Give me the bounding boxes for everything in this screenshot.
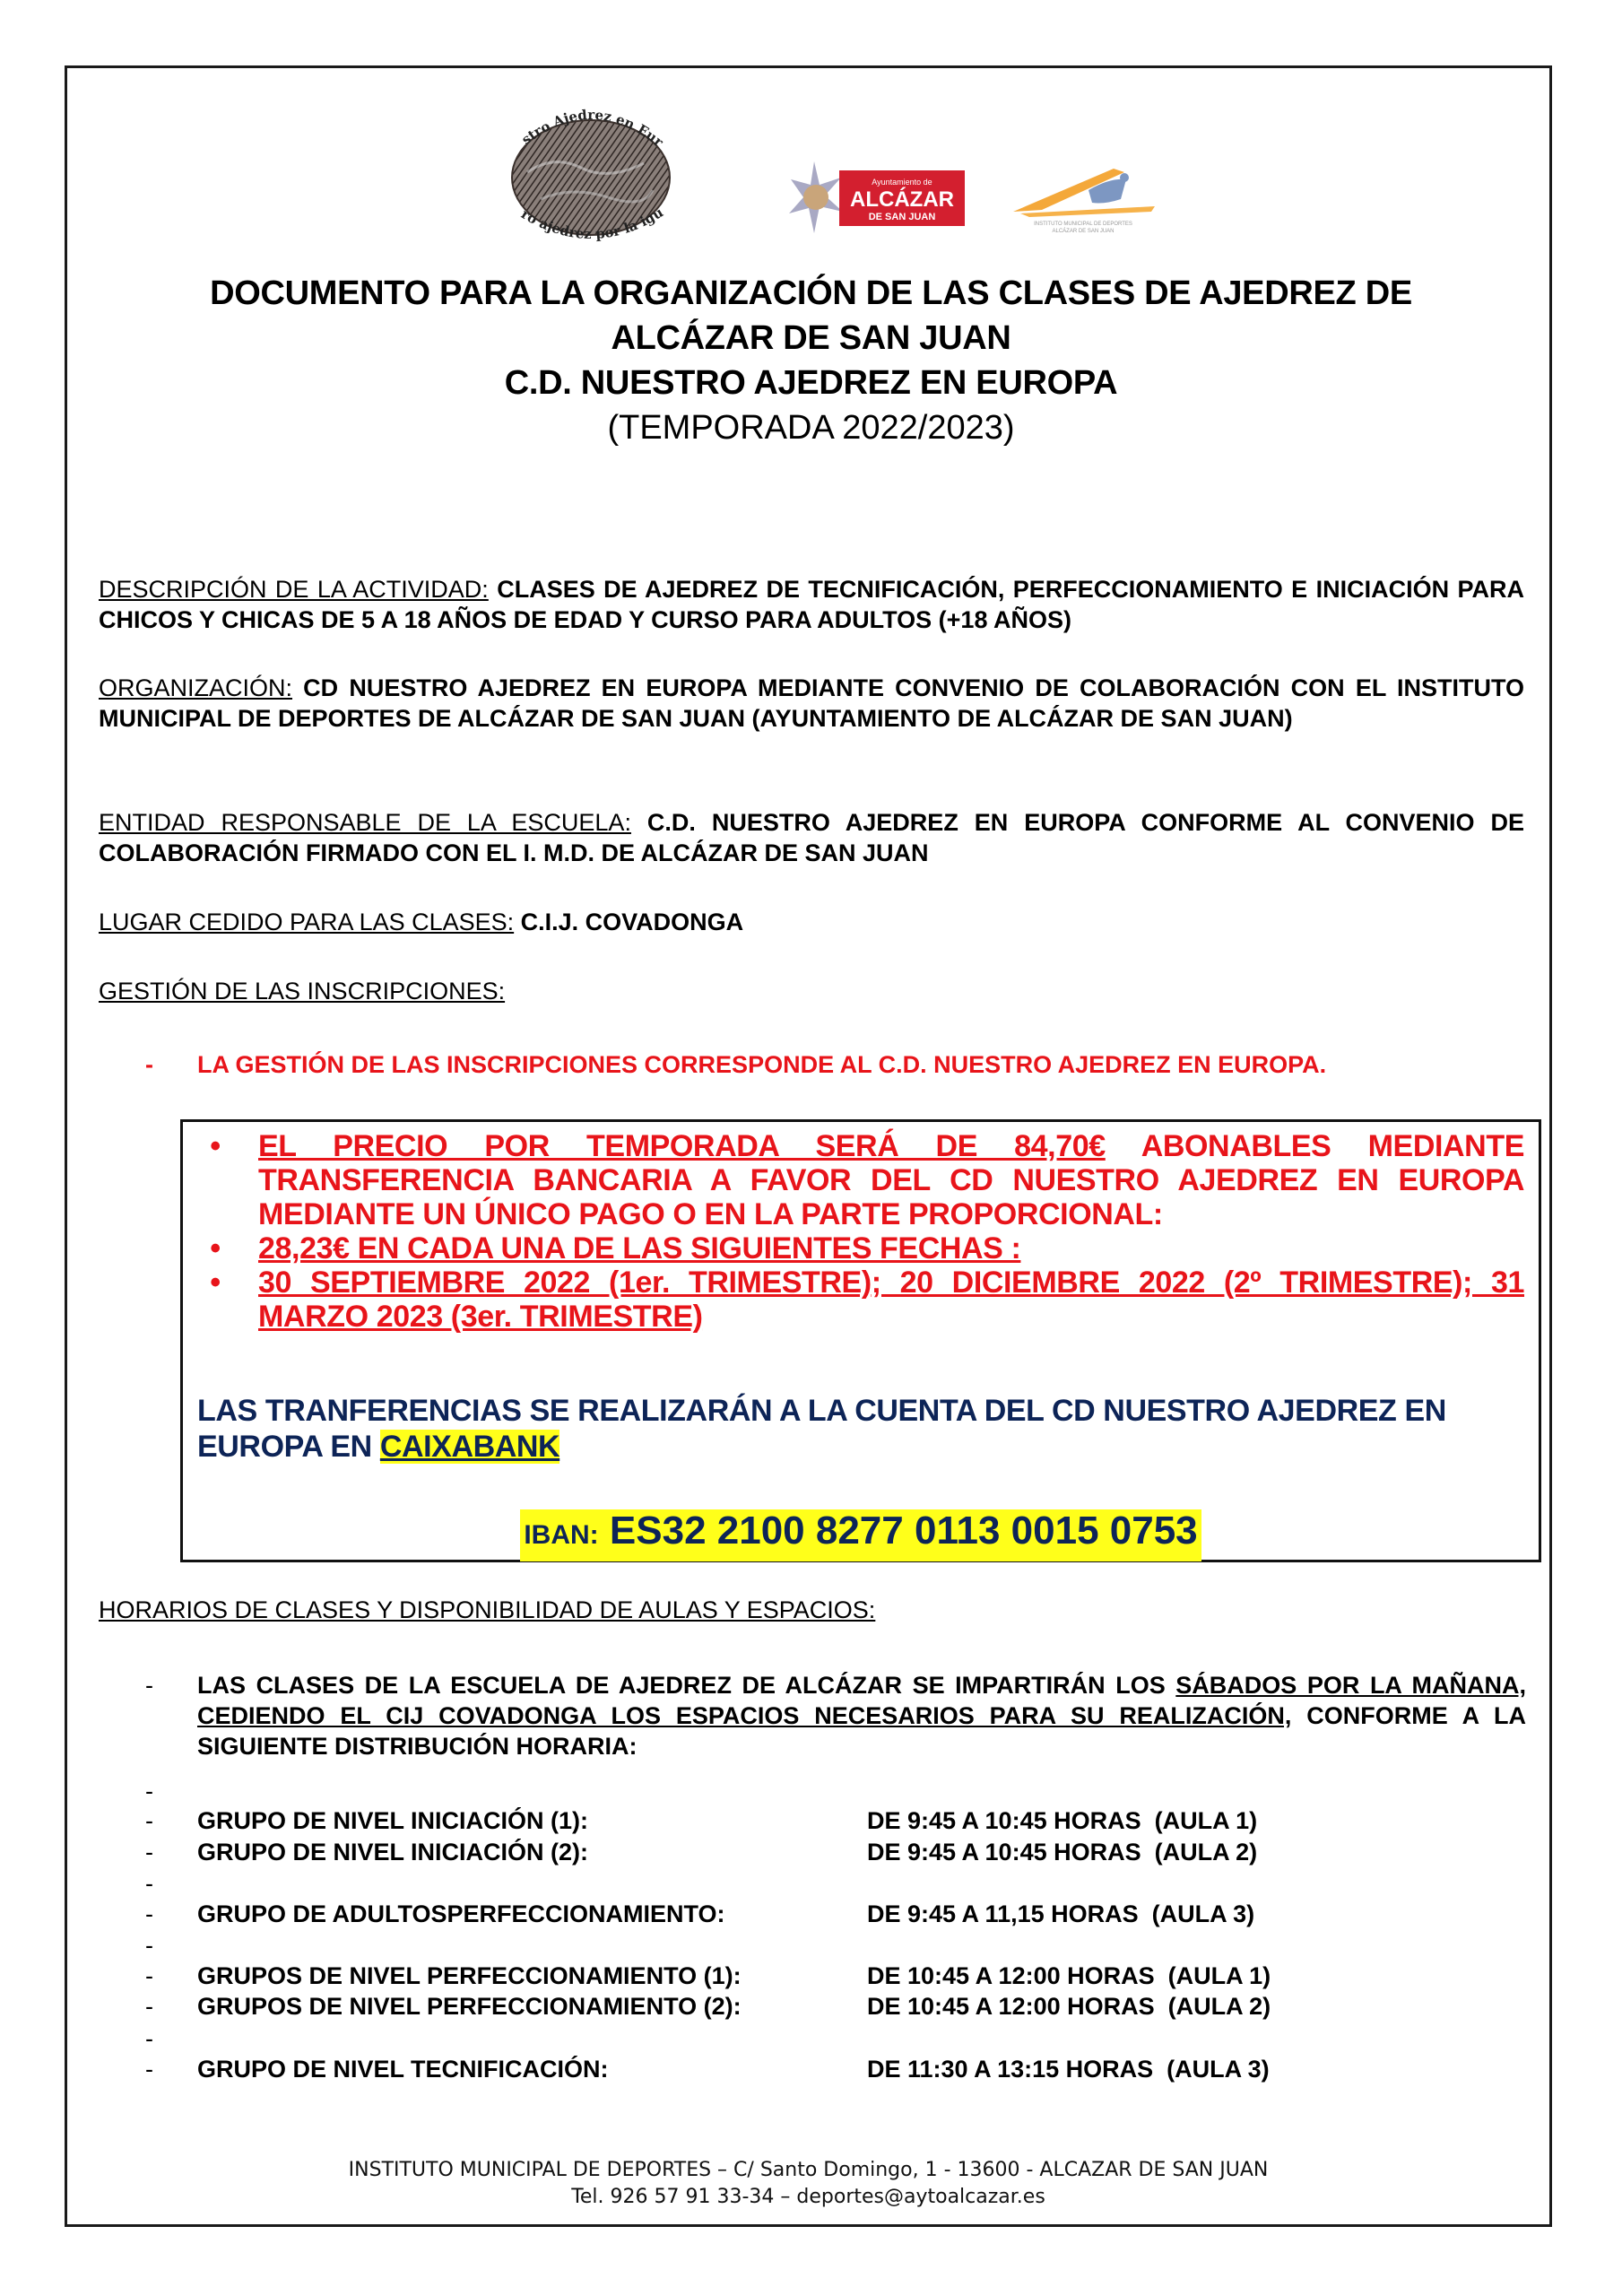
section-lugar: LUGAR CEDIDO PARA LAS CLASES: C.I.J. COV…: [99, 907, 1524, 937]
title-line-3: C.D. NUESTRO AJEDREZ EN EUROPA: [90, 361, 1532, 405]
schedule-time: DE 10:45 A 12:00 HORAS (AULA 2): [867, 1991, 1271, 2022]
bank-name: CAIXABANK: [380, 1430, 559, 1464]
svg-text:ALCÁZAR DE SAN JUAN: ALCÁZAR DE SAN JUAN: [1052, 228, 1114, 234]
section-gestion: GESTIÓN DE LAS INSCRIPCIONES:: [99, 976, 1524, 1006]
dash-marker: -: [145, 1961, 172, 1991]
section-horarios: HORARIOS DE CLASES Y DISPONIBILIDAD DE A…: [99, 1595, 1524, 1625]
intro-plain: LAS CLASES DE LA ESCUELA DE AJEDREZ DE A…: [197, 1672, 1175, 1699]
iban-label: IBAN:: [524, 1520, 598, 1550]
schedule-group: GRUPOS DE NIVEL PERFECCIONAMIENTO (1):: [197, 1961, 742, 1991]
dash-marker: -: [145, 2023, 172, 2054]
footer: INSTITUTO MUNICIPAL DE DEPORTES – C/ San…: [65, 2157, 1552, 2211]
schedule-group: GRUPO DE NIVEL INICIACIÓN (2):: [197, 1837, 588, 1867]
schedule-time: DE 9:45 A 11,15 HORAS (AULA 3): [867, 1899, 1254, 1929]
title-line-1: DOCUMENTO PARA LA ORGANIZACIÓN DE LAS CL…: [90, 271, 1532, 316]
lugar-label: LUGAR CEDIDO PARA LAS CLASES:: [99, 909, 514, 935]
dash-marker: -: [145, 1049, 172, 1080]
dash-marker: -: [145, 2054, 172, 2084]
title-line-2: ALCÁZAR DE SAN JUAN: [90, 316, 1532, 361]
svg-text:DE SAN JUAN: DE SAN JUAN: [869, 212, 936, 222]
section-entidad: ENTIDAD RESPONSABLE DE LA ESCUELA: C.D. …: [99, 807, 1524, 868]
payment-box: • EL PRECIO POR TEMPORADA SERÁ DE 84,70€…: [180, 1119, 1541, 1562]
entidad-label: ENTIDAD RESPONSABLE DE LA ESCUELA:: [99, 809, 631, 836]
dash-marker: -: [145, 1868, 172, 1899]
payment-bullet-dates: • 30 SEPTIEMBRE 2022 (1er. TRIMESTRE); 2…: [197, 1265, 1524, 1334]
price-underlined: EL PRECIO POR TEMPORADA SERÁ DE 84,70€: [258, 1129, 1106, 1163]
schedule-time: DE 9:45 A 10:45 HORAS (AULA 2): [867, 1837, 1257, 1867]
lugar-value: C.I.J. COVADONGA: [514, 909, 743, 935]
iban-number: ES32 2100 8277 0113 0015 0753: [599, 1509, 1198, 1552]
club-logo: Nuestro Ajedrez en Europa Nuestro ajedre…: [491, 100, 690, 249]
svg-text:ALCÁZAR: ALCÁZAR: [850, 187, 954, 212]
section-organizacion: ORGANIZACIÓN: CD NUESTRO AJEDREZ EN EURO…: [99, 673, 1524, 734]
dash-marker: -: [145, 1837, 172, 1867]
svg-text:Ayuntamiento de: Ayuntamiento de: [872, 178, 932, 187]
horarios-intro-text: LAS CLASES DE LA ESCUELA DE AJEDREZ DE A…: [197, 1670, 1526, 1761]
dates-text: 30 SEPTIEMBRE 2022 (1er. TRIMESTRE); 20 …: [258, 1265, 1524, 1334]
bullet-icon: •: [206, 1231, 224, 1265]
payment-bullet-price: • EL PRECIO POR TEMPORADA SERÁ DE 84,70€…: [197, 1129, 1524, 1231]
document-title: DOCUMENTO PARA LA ORGANIZACIÓN DE LAS CL…: [90, 271, 1532, 450]
ayuntamiento-logo: Ayuntamiento de ALCÁZAR DE SAN JUAN: [789, 158, 968, 237]
schedule-group: GRUPO DE NIVEL INICIACIÓN (1):: [197, 1805, 588, 1836]
payment-bullet-installment: • 28,23€ EN CADA UNA DE LAS SIGUIENTES F…: [197, 1231, 1524, 1265]
dash-marker: -: [145, 1930, 172, 1961]
iban-row: IBAN: ES32 2100 8277 0113 0015 0753: [183, 1509, 1539, 1561]
schedule-group: GRUPO DE NIVEL TECNIFICACIÓN:: [197, 2054, 609, 2084]
dash-marker: -: [145, 1899, 172, 1929]
schedule-time: DE 11:30 A 13:15 HORAS (AULA 3): [867, 2054, 1270, 2084]
bullet-icon: •: [206, 1129, 224, 1163]
organizacion-label: ORGANIZACIÓN:: [99, 674, 292, 701]
schedule-time: DE 10:45 A 12:00 HORAS (AULA 1): [867, 1961, 1271, 1991]
iban-highlight: IBAN: ES32 2100 8277 0113 0015 0753: [520, 1509, 1201, 1561]
descripcion-label: DESCRIPCIÓN DE LA ACTIVIDAD:: [99, 576, 489, 603]
section-descripcion: DESCRIPCIÓN DE LA ACTIVIDAD: CLASES DE A…: [99, 574, 1524, 635]
title-season: (TEMPORADA 2022/2023): [90, 405, 1532, 450]
installment-text: 28,23€ EN CADA UNA DE LAS SIGUIENTES FEC…: [258, 1231, 1020, 1265]
payment-bullets: • EL PRECIO POR TEMPORADA SERÁ DE 84,70€…: [197, 1129, 1524, 1334]
horarios-label: HORARIOS DE CLASES Y DISPONIBILIDAD DE A…: [99, 1596, 875, 1623]
footer-contact: Tel. 926 57 91 33-34 – deportes@aytoalca…: [65, 2184, 1552, 2211]
dash-marker: -: [145, 1776, 172, 1806]
schedule-group: GRUPO DE ADULTOSPERFECCIONAMIENTO:: [197, 1899, 725, 1929]
bullet-icon: •: [206, 1265, 224, 1300]
bank-transfer-note: LAS TRANFERENCIAS SE REALIZARÁN A LA CUE…: [197, 1393, 1524, 1465]
dash-marker: -: [145, 1670, 172, 1700]
dash-marker: -: [145, 1805, 172, 1836]
footer-address: INSTITUTO MUNICIPAL DE DEPORTES – C/ San…: [65, 2157, 1552, 2184]
gestion-label: GESTIÓN DE LAS INSCRIPCIONES:: [99, 978, 505, 1004]
organizacion-value: CD NUESTRO AJEDREZ EN EUROPA MEDIANTE CO…: [99, 674, 1524, 732]
svg-text:INSTITUTO MUNICIPAL DE DEPORTE: INSTITUTO MUNICIPAL DE DEPORTES: [1034, 222, 1132, 227]
schedule-group: GRUPOS DE NIVEL PERFECCIONAMIENTO (2):: [197, 1991, 742, 2022]
schedule-time: DE 9:45 A 10:45 HORAS (AULA 1): [867, 1805, 1257, 1836]
gestion-item-text: LA GESTIÓN DE LAS INSCRIPCIONES CORRESPO…: [197, 1049, 1526, 1080]
imd-logo: INSTITUTO MUNICIPAL DE DEPORTES ALCÁZAR …: [1002, 160, 1164, 237]
dash-marker: -: [145, 1991, 172, 2022]
